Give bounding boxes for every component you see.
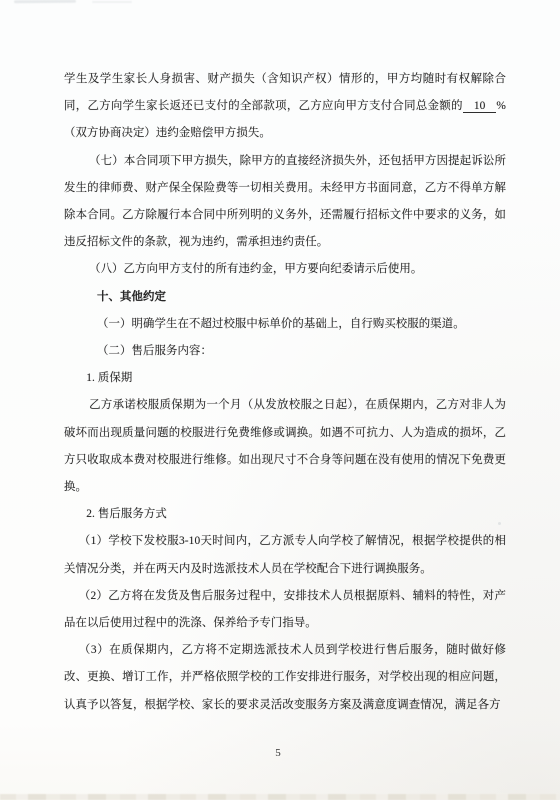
- scan-smudge-artifact: [92, 1, 132, 3]
- heading-after-sales-method: 2. 售后服务方式: [64, 501, 506, 528]
- paragraph-item-1-purchase-channel: （一）明确学生在不超过校服中标单价的基础上，自行购买校服的渠道。: [64, 311, 506, 338]
- page-number: 5: [0, 747, 556, 759]
- paragraph-clause-8: （八）乙方向甲方支付的所有违约金，甲方要向纪委请示后使用。: [64, 256, 506, 283]
- paragraph-warranty-terms: 乙方承诺校服质保期为一个月（从发放校服之日起），在质保期内，乙方对非人为破坏而出…: [64, 392, 506, 501]
- paragraph-clause-7: （七）本合同项下甲方损失，除甲方的直接经济损失外，还包括甲方因提起诉讼所发生的律…: [64, 148, 506, 257]
- scan-smudge-artifact: [14, 0, 76, 3]
- paragraph-text: 学生及学生家长人身损害、财产损失（含知识产权）情形的，甲方均随时有权解除合同，乙…: [64, 73, 506, 112]
- contract-text-block: 学生及学生家长人身损害、财产损失（含知识产权）情形的，甲方均随时有权解除合同，乙…: [64, 66, 506, 719]
- scanned-contract-page: 学生及学生家长人身损害、财产损失（含知识产权）情形的，甲方均随时有权解除合同，乙…: [0, 0, 560, 800]
- penalty-percent-blank-value: 10: [463, 100, 497, 113]
- paragraph-service-1: （1）学校下发校服3-10天时间内，乙方派专人向学校了解情况，根据学校提供的相关…: [64, 528, 506, 582]
- scan-edge-bottom: [0, 794, 560, 800]
- paragraph-item-2-after-sales-content: （二）售后服务内容：: [64, 338, 506, 365]
- heading-warranty-period: 1. 质保期: [64, 365, 506, 392]
- heading-section-10-other-agreements: 十、其他约定: [64, 284, 506, 311]
- paragraph-service-3: （3）在质保期内，乙方将不定期选派技术人员到学校进行售后服务，随时做好修改、更换…: [64, 637, 506, 719]
- paragraph-service-2: （2）乙方将在发货及售后服务过程中，安排技术人员根据原料、辅料的特性，对产品在以…: [64, 583, 506, 637]
- paragraph-penalty-clause: 学生及学生家长人身损害、财产损失（含知识产权）情形的，甲方均随时有权解除合同，乙…: [64, 66, 506, 148]
